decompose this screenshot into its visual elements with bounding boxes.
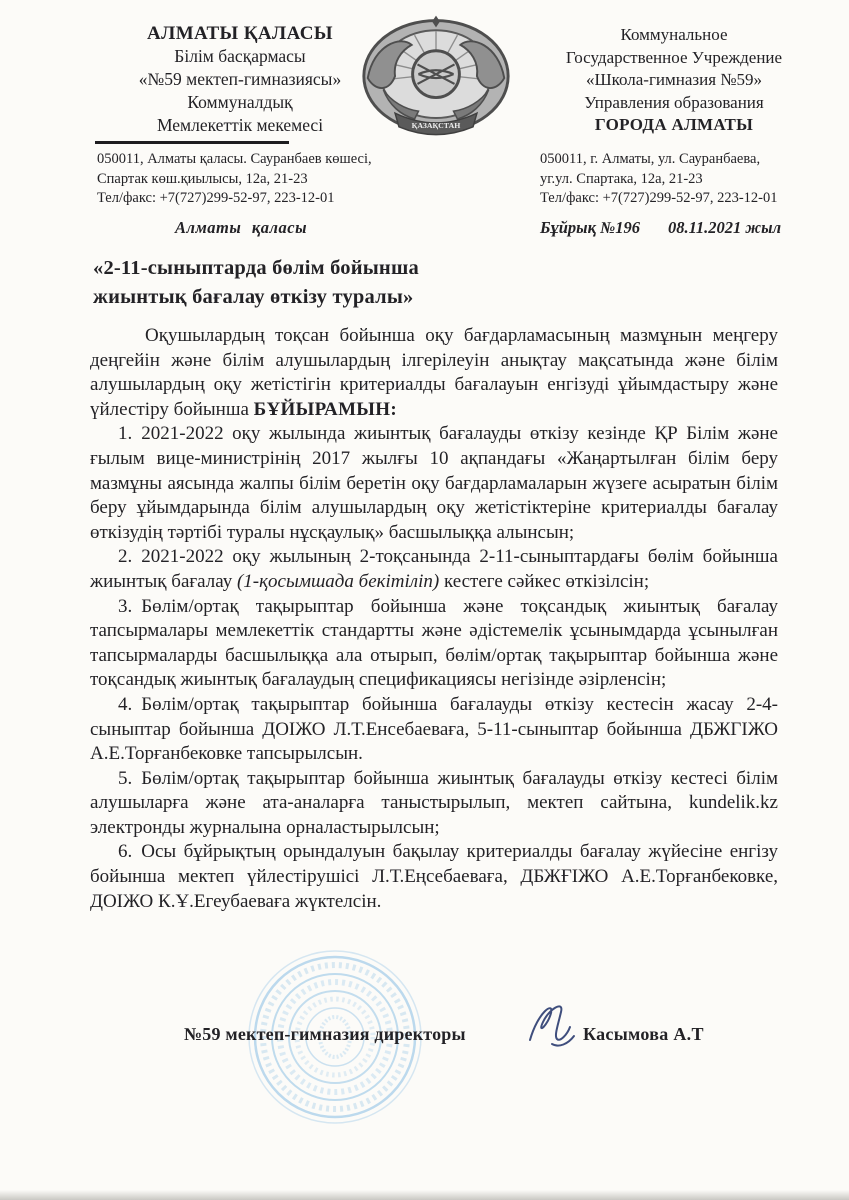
order-date: 08.11.2021 жыл bbox=[668, 218, 781, 238]
address-line: 050011, Алматы қаласы. Сауранбаев көшесі… bbox=[97, 150, 372, 170]
item-text: Бөлім/ортақ тақырыптар бойынша бағалауды… bbox=[90, 694, 778, 764]
order-item-4: 4.Бөлім/ортақ тақырыптар бойынша бағалау… bbox=[90, 693, 778, 767]
item-text: Осы бұйрықтың орындалуын бақылау критери… bbox=[90, 841, 778, 911]
letterhead-line: Государственное Учреждение bbox=[516, 47, 832, 70]
letterhead-russian: Коммунальное Государственное Учреждение … bbox=[516, 24, 832, 137]
order-item-5: 5.Бөлім/ортақ тақырыптар бойынша жиынтық… bbox=[90, 767, 778, 841]
letterhead-line: Коммунальное bbox=[516, 24, 832, 47]
address-line: Спартак көш.қиылысы, 12а, 21-23 bbox=[97, 170, 372, 190]
document-title: «2-11-сыныптарда бөлім бойынша жиынтық б… bbox=[93, 254, 419, 312]
item-text: Бөлім/ортақ тақырыптар бойынша және тоқс… bbox=[90, 596, 778, 691]
document-title-line: жиынтық бағалау өткізу туралы» bbox=[93, 283, 419, 312]
scan-bottom-edge bbox=[0, 1190, 849, 1200]
item-text: Бөлім/ортақ тақырыптар бойынша жиынтық б… bbox=[90, 768, 778, 838]
letterhead-line: АЛМАТЫ ҚАЛАСЫ bbox=[92, 22, 388, 45]
letterhead-divider-rule bbox=[95, 141, 289, 144]
letterhead-line: Коммуналдық bbox=[92, 91, 388, 114]
address-line: Тел/факс: +7(727)299-52-97, 223-12-01 bbox=[540, 189, 778, 209]
document-title-line: «2-11-сыныптарда бөлім бойынша bbox=[93, 254, 419, 283]
letterhead-kazakh: АЛМАТЫ ҚАЛАСЫ Білім басқармасы «№59 мект… bbox=[92, 22, 388, 137]
order-item-1: 1.2021-2022 оқу жылында жиынтық бағалауд… bbox=[90, 422, 778, 545]
kazakhstan-emblem-icon: ҚАЗАҚСТАН bbox=[358, 12, 514, 148]
item-text-italic: (1-қосымшада бекітіліп) bbox=[237, 571, 439, 592]
address-line: 050011, г. Алматы, ул. Сауранбаева, bbox=[540, 150, 778, 170]
address-block-kazakh: 050011, Алматы қаласы. Сауранбаев көшесі… bbox=[97, 150, 372, 209]
intro-paragraph: Оқушылардың тоқсан бойынша оқу бағдарлам… bbox=[90, 324, 778, 422]
order-item-3: 3.Бөлім/ортақ тақырыптар бойынша және то… bbox=[90, 595, 778, 693]
item-number: 3. bbox=[118, 596, 141, 617]
item-number: 5. bbox=[118, 768, 141, 789]
signer-name: Касымова А.Т bbox=[583, 1024, 704, 1045]
letterhead-line: Білім басқармасы bbox=[92, 45, 388, 68]
item-number: 1. bbox=[118, 423, 141, 444]
order-number: Бұйрық №196 bbox=[540, 218, 640, 238]
signer-role: №59 мектеп-гимназия директоры bbox=[184, 1024, 466, 1045]
item-number: 6. bbox=[118, 841, 141, 862]
order-item-2: 2.2021-2022 оқу жылының 2-тоқсанында 2-1… bbox=[90, 545, 778, 594]
order-body: Оқушылардың тоқсан бойынша оқу бағдарлам… bbox=[90, 324, 778, 914]
item-text: кестеге сәйкес өткізілсін; bbox=[439, 571, 649, 592]
letterhead-line: ГОРОДА АЛМАТЫ bbox=[516, 114, 832, 137]
order-item-6: 6.Осы бұйрықтың орындалуын бақылау крите… bbox=[90, 840, 778, 914]
emblem-banner-text: ҚАЗАҚСТАН bbox=[412, 121, 461, 130]
address-block-russian: 050011, г. Алматы, ул. Сауранбаева, уг.у… bbox=[540, 150, 778, 209]
order-keyword: БҰЙЫРАМЫН: bbox=[254, 399, 397, 420]
order-number-line: Бұйрық №196 08.11.2021 жыл bbox=[540, 218, 781, 238]
letterhead-line: Мемлекеттік мекемесі bbox=[92, 114, 388, 137]
handwritten-signature bbox=[522, 998, 584, 1054]
letterhead-line: Управления образования bbox=[516, 92, 832, 115]
signature-row: №59 мектеп-гимназия директоры Касымова А… bbox=[0, 1016, 849, 1076]
address-line: Тел/факс: +7(727)299-52-97, 223-12-01 bbox=[97, 189, 372, 209]
intro-text: Оқушылардың тоқсан бойынша оқу бағдарлам… bbox=[90, 325, 778, 420]
item-number: 2. bbox=[118, 546, 141, 567]
letterhead-line: «Школа-гимназия №59» bbox=[516, 69, 832, 92]
scanned-order-document: АЛМАТЫ ҚАЛАСЫ Білім басқармасы «№59 мект… bbox=[0, 0, 849, 1200]
city-label: Алматы қаласы bbox=[175, 218, 307, 238]
item-number: 4. bbox=[118, 694, 141, 715]
address-line: уг.ул. Спартака, 12а, 21-23 bbox=[540, 170, 778, 190]
item-text: 2021-2022 оқу жылында жиынтық бағалауды … bbox=[90, 423, 778, 542]
letterhead-line: «№59 мектеп-гимназиясы» bbox=[92, 68, 388, 91]
